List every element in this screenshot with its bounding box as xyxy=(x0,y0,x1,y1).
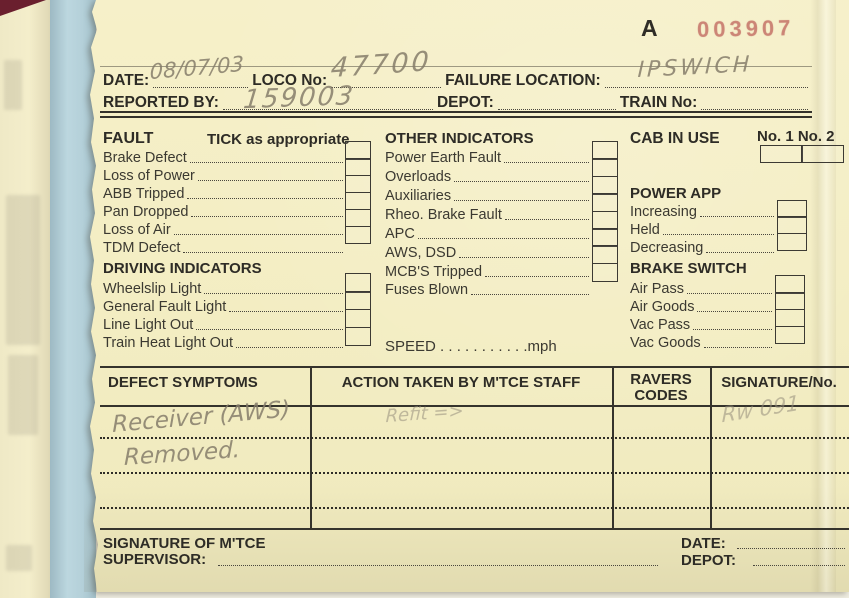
driving-item-label: Line Light Out xyxy=(103,317,193,333)
brake-switch-item: Vac Pass xyxy=(630,315,774,333)
depot-field xyxy=(498,109,616,110)
reported-by-label: REPORTED BY: xyxy=(103,94,219,112)
dotted-leader xyxy=(454,200,589,201)
brake-switch-item-label: Air Goods xyxy=(630,299,694,315)
date-label: DATE: xyxy=(103,72,149,90)
other-item-label: Fuses Blown xyxy=(385,282,468,298)
brake-switch-item-label: Air Pass xyxy=(630,281,684,297)
table-row-rule xyxy=(100,472,849,474)
checkbox xyxy=(592,141,618,160)
dotted-leader xyxy=(693,329,772,330)
power-app-item-label: Held xyxy=(630,222,660,238)
checkbox xyxy=(345,226,371,245)
table-top-rule xyxy=(100,366,849,368)
other-item: Fuses Blown xyxy=(385,280,591,298)
driving-item-label: Wheelslip Light xyxy=(103,281,201,297)
table-header-signature: SIGNATURE/No. xyxy=(712,375,846,391)
footer-date-field xyxy=(737,548,845,549)
other-item-label: Auxiliaries xyxy=(385,188,451,204)
checkbox xyxy=(801,145,844,163)
other-item: Auxiliaries xyxy=(385,186,591,204)
other-item: Power Earth Fault xyxy=(385,148,591,166)
table-bottom-rule xyxy=(100,528,849,530)
dotted-leader xyxy=(174,234,343,235)
fault-item-label: Brake Defect xyxy=(103,150,187,166)
fault-item-label: TDM Defect xyxy=(103,240,180,256)
handwritten-signature: Rw 091 xyxy=(722,391,800,428)
depot-label: DEPOT: xyxy=(437,94,494,112)
driving-indicators-title: DRIVING INDICATORS xyxy=(103,260,262,277)
other-item-label: APC xyxy=(385,226,415,242)
form-series-letter: A xyxy=(641,15,659,42)
power-app-checkboxes xyxy=(777,200,807,251)
fault-item-label: ABB Tripped xyxy=(103,186,184,202)
handwritten-defect-symptom-line1: Receiver (AWS) xyxy=(112,396,290,438)
fault-item: Pan Dropped xyxy=(103,202,345,220)
other-item-label: AWS, DSD xyxy=(385,245,456,261)
checkbox xyxy=(345,209,371,228)
serial-number-stamp: 003907 xyxy=(697,15,795,43)
fault-item-label: Loss of Power xyxy=(103,168,195,184)
other-indicators-title: OTHER INDICATORS xyxy=(385,130,534,147)
other-item: AWS, DSD xyxy=(385,243,591,261)
checkbox xyxy=(775,275,805,294)
checkbox xyxy=(592,263,618,282)
power-app-item: Increasing xyxy=(630,202,776,220)
supervisor-signature-field xyxy=(218,565,658,566)
checkbox xyxy=(592,158,618,177)
checkbox xyxy=(592,176,618,195)
train-no-label: TRAIN No: xyxy=(620,94,698,112)
dotted-leader xyxy=(183,252,343,253)
fault-report-form: A 003907 DATE: LOCO No: FAILURE LOCATION… xyxy=(0,0,849,598)
dotted-leader xyxy=(418,238,589,239)
checkbox xyxy=(760,145,803,163)
handwritten-action-taken: Refit => xyxy=(385,401,464,428)
cab-columns-label: No. 1 No. 2 xyxy=(757,128,835,145)
other-item: Overloads xyxy=(385,167,591,185)
other-item-label: MCB'S Tripped xyxy=(385,264,482,280)
driving-checkboxes xyxy=(345,273,371,346)
driving-item: Wheelslip Light xyxy=(103,279,345,297)
brake-switch-item: Vac Goods xyxy=(630,333,774,351)
supervisor-label-line1: SIGNATURE OF M'TCE xyxy=(103,535,265,552)
dotted-leader xyxy=(191,216,343,217)
fault-checkboxes xyxy=(345,141,371,244)
power-app-item-label: Increasing xyxy=(630,204,697,220)
footer-depot-field xyxy=(753,565,845,566)
handwritten-reported-by: 159003 xyxy=(242,81,356,115)
dotted-leader xyxy=(704,347,772,348)
checkbox xyxy=(775,292,805,311)
checkbox xyxy=(592,245,618,264)
checkbox xyxy=(592,211,618,230)
dotted-leader xyxy=(504,162,589,163)
header-double-rule xyxy=(100,111,812,118)
footer-date-label: DATE: xyxy=(681,535,726,552)
dotted-leader xyxy=(459,257,589,258)
dotted-leader xyxy=(187,198,343,199)
checkbox xyxy=(345,141,371,160)
fault-item: Loss of Air xyxy=(103,220,345,238)
table-header-action-taken: ACTION TAKEN BY M'TCE STAFF xyxy=(312,375,610,391)
fault-item: TDM Defect xyxy=(103,238,345,256)
fault-item: Brake Defect xyxy=(103,148,345,166)
driving-item: Line Light Out xyxy=(103,315,345,333)
other-checkboxes xyxy=(592,141,618,282)
dotted-leader xyxy=(663,234,774,235)
other-item: MCB'S Tripped xyxy=(385,262,591,280)
dotted-leader xyxy=(236,347,343,348)
other-item: Rheo. Brake Fault xyxy=(385,205,591,223)
handwritten-defect-symptom-line2: Removed. xyxy=(124,437,240,471)
fault-item-label: Loss of Air xyxy=(103,222,171,238)
header-row-2: REPORTED BY: DEPOT: TRAIN No: xyxy=(103,90,812,112)
dotted-leader xyxy=(687,293,772,294)
checkbox xyxy=(592,193,618,212)
driving-item-label: General Fault Light xyxy=(103,299,226,315)
power-app-item: Decreasing xyxy=(630,238,776,256)
train-no-field xyxy=(701,109,808,110)
checkbox xyxy=(592,228,618,247)
checkbox xyxy=(777,216,807,234)
dotted-leader xyxy=(190,162,343,163)
dotted-leader xyxy=(700,216,774,217)
other-item-label: Rheo. Brake Fault xyxy=(385,207,502,223)
brake-switch-item-label: Vac Goods xyxy=(630,335,701,351)
fault-section-title: FAULT xyxy=(103,130,153,148)
dotted-leader xyxy=(471,294,589,295)
dotted-leader xyxy=(505,219,589,220)
power-app-title: POWER APP xyxy=(630,185,721,202)
other-item-label: Overloads xyxy=(385,169,451,185)
checkbox xyxy=(345,327,371,347)
checkbox xyxy=(345,291,371,311)
cab-checkboxes xyxy=(760,145,844,163)
checkbox xyxy=(775,309,805,328)
dotted-leader xyxy=(229,311,343,312)
brake-switch-checkboxes xyxy=(775,275,805,344)
brake-switch-item-label: Vac Pass xyxy=(630,317,690,333)
brake-switch-item: Air Goods xyxy=(630,297,774,315)
dotted-leader xyxy=(198,180,343,181)
checkbox xyxy=(345,175,371,194)
speed-label: SPEED . . . . . . . . . . .mph xyxy=(385,338,557,355)
brake-switch-item: Air Pass xyxy=(630,279,774,297)
dotted-leader xyxy=(706,252,774,253)
power-app-item-label: Decreasing xyxy=(630,240,703,256)
supervisor-label-line2: SUPERVISOR: xyxy=(103,551,206,568)
failure-location-label: FAILURE LOCATION: xyxy=(445,72,601,90)
checkbox xyxy=(777,233,807,251)
failure-location-field xyxy=(605,87,808,88)
checkbox xyxy=(345,273,371,293)
checkbox xyxy=(775,326,805,345)
dotted-leader xyxy=(697,311,772,312)
checkbox xyxy=(345,158,371,177)
checkbox xyxy=(345,309,371,329)
table-header-ravers-codes: RAVERS CODES xyxy=(614,372,708,404)
footer-depot-label: DEPOT: xyxy=(681,552,736,569)
fault-item: Loss of Power xyxy=(103,166,345,184)
brake-switch-title: BRAKE SWITCH xyxy=(630,260,747,277)
checkbox xyxy=(345,192,371,211)
driving-item: General Fault Light xyxy=(103,297,345,315)
fault-item: ABB Tripped xyxy=(103,184,345,202)
driving-item-label: Train Heat Light Out xyxy=(103,335,233,351)
other-item-label: Power Earth Fault xyxy=(385,150,501,166)
driving-item: Train Heat Light Out xyxy=(103,333,345,351)
cab-in-use-title: CAB IN USE xyxy=(630,130,720,148)
checkbox xyxy=(777,200,807,218)
power-app-item: Held xyxy=(630,220,776,238)
dotted-leader xyxy=(454,181,589,182)
other-item: APC xyxy=(385,224,591,242)
fault-section-subtitle: TICK as appropriate xyxy=(207,131,350,148)
table-header-defect-symptoms: DEFECT SYMPTOMS xyxy=(108,375,308,391)
date-field xyxy=(153,87,248,88)
table-row-rule xyxy=(100,507,849,509)
fault-item-label: Pan Dropped xyxy=(103,204,188,220)
dotted-leader xyxy=(204,293,343,294)
dotted-leader xyxy=(196,329,343,330)
dotted-leader xyxy=(485,276,589,277)
